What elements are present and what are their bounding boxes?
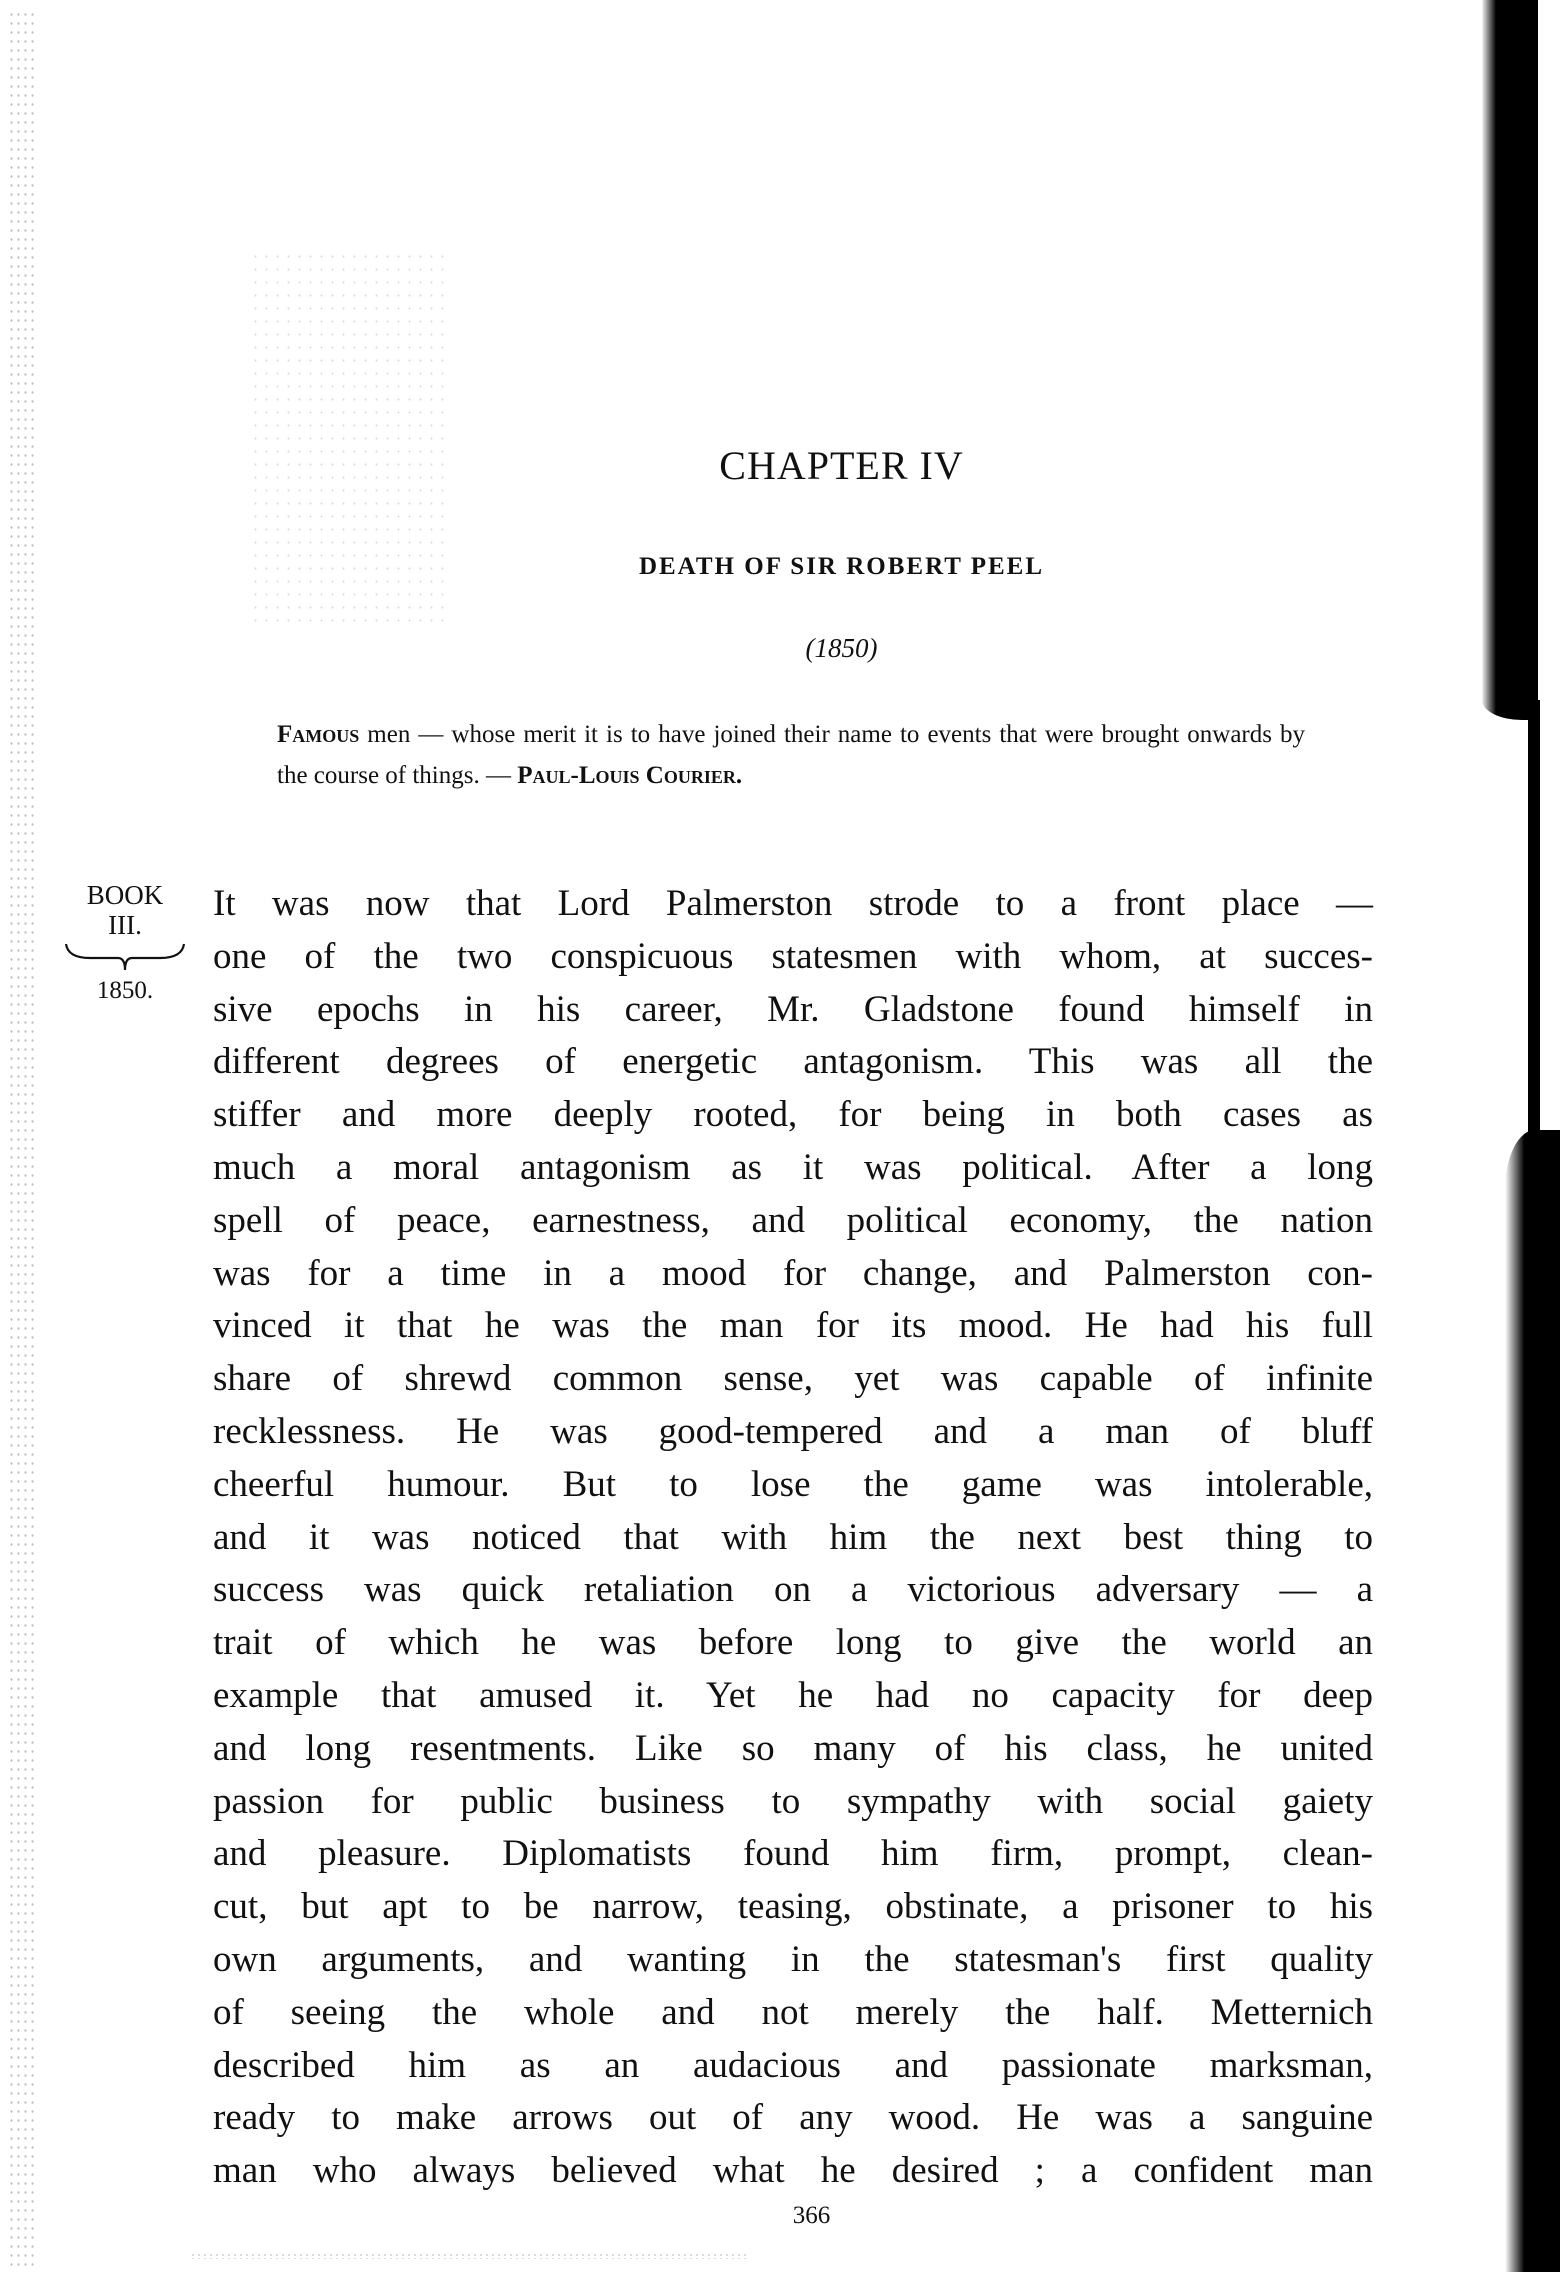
epigraph-lead-word: Famous <box>277 721 359 748</box>
epigraph-text: men — whose merit it is to have joined t… <box>277 721 1305 789</box>
margin-book-label: BOOK <box>60 880 190 910</box>
body-line: recklessness. He was good-tempered and a… <box>213 1406 1373 1459</box>
body-line: different degrees of energetic antagonis… <box>213 1036 1373 1089</box>
chapter-year: (1850) <box>0 633 1563 664</box>
body-line: described him as an audacious and passio… <box>213 2040 1373 2093</box>
binding-shadow-bottom <box>1505 1130 1560 2272</box>
body-line: success was quick retaliation on a victo… <box>213 1564 1373 1617</box>
body-line: own arguments, and wanting in the states… <box>213 1934 1373 1987</box>
body-line: and it was noticed that with him the nex… <box>213 1512 1373 1565</box>
body-text: It was now that Lord Palmerston strode t… <box>213 878 1373 2198</box>
body-line: spell of peace, earnestness, and politic… <box>213 1195 1373 1248</box>
curly-brace-icon <box>60 942 190 972</box>
body-line: sive epochs in his career, Mr. Gladstone… <box>213 984 1373 1037</box>
body-line: ready to make arrows out of any wood. He… <box>213 2092 1373 2145</box>
body-line: vinced it that he was the man for its mo… <box>213 1300 1373 1353</box>
body-line: of seeing the whole and not merely the h… <box>213 1987 1373 2040</box>
body-line: man who always believed what he desired … <box>213 2145 1373 2198</box>
body-line: passion for public business to sympathy … <box>213 1776 1373 1829</box>
body-line: much a moral antagonism as it was politi… <box>213 1142 1373 1195</box>
body-line: stiffer and more deeply rooted, for bein… <box>213 1089 1373 1142</box>
body-line: was for a time in a mood for change, and… <box>213 1248 1373 1301</box>
body-line: example that amused it. Yet he had no ca… <box>213 1670 1373 1723</box>
chapter-title: CHAPTER IV <box>0 442 1563 489</box>
body-line: cut, but apt to be narrow, teasing, obst… <box>213 1881 1373 1934</box>
body-line: and pleasure. Diplomatists found him fir… <box>213 1828 1373 1881</box>
margin-year-label: 1850. <box>60 976 190 1006</box>
body-line: and long resentments. Like so many of hi… <box>213 1723 1373 1776</box>
margin-note: BOOK III. 1850. <box>60 880 190 1006</box>
body-line: trait of which he was before long to giv… <box>213 1617 1373 1670</box>
body-line: It was now that Lord Palmerston strode t… <box>213 878 1373 931</box>
page-number: 366 <box>0 2202 1563 2230</box>
binding-shadow-top <box>1482 0 1538 720</box>
body-line: cheerful humour. But to lose the game wa… <box>213 1459 1373 1512</box>
epigraph-author: Paul-Louis Courier. <box>517 762 742 789</box>
epigraph: Famous men — whose merit it is to have j… <box>277 714 1305 796</box>
chapter-subtitle: DEATH OF SIR ROBERT PEEL <box>0 553 1563 581</box>
scan-noise-left-margin <box>8 10 38 2270</box>
body-line: share of shrewd common sense, yet was ca… <box>213 1353 1373 1406</box>
scan-noise-bottom <box>190 2253 750 2259</box>
body-line: one of the two conspicuous statesmen wit… <box>213 931 1373 984</box>
margin-volume-label: III. <box>60 910 190 940</box>
